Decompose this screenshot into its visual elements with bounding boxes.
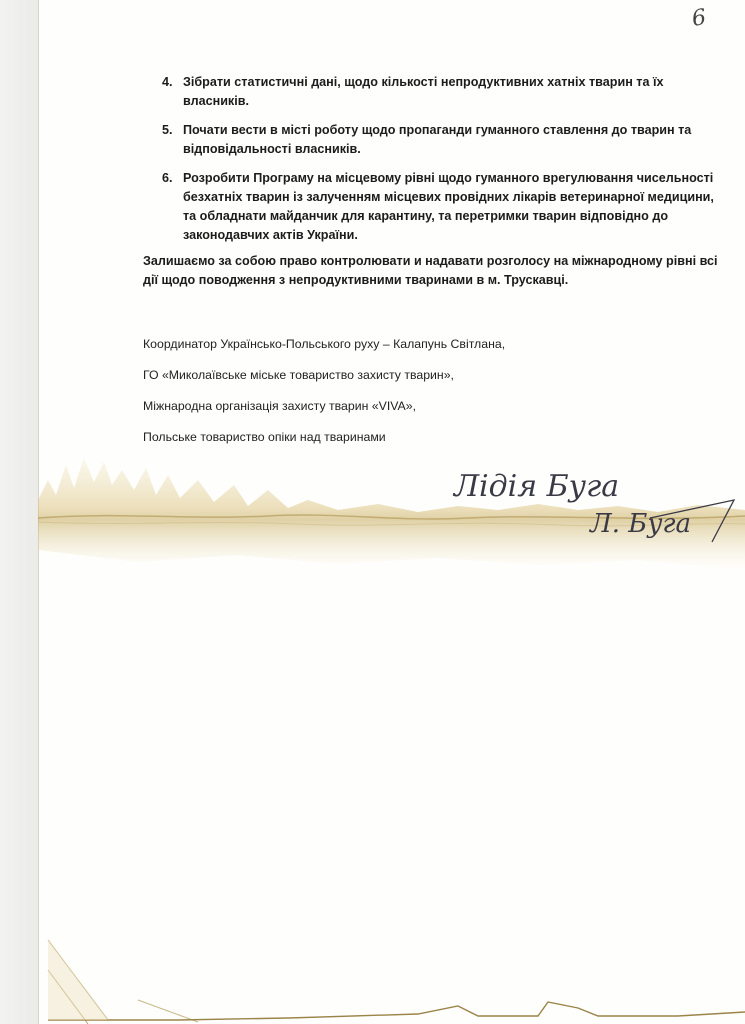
signatory-line: ГО «Миколаївське міське товариство захис…	[143, 360, 563, 391]
scan-margin	[0, 0, 38, 1024]
list-item-number: 4.	[162, 73, 183, 111]
list-item: 5. Почати вести в місті роботу щодо проп…	[162, 121, 722, 159]
signatories-block: Координатор Українсько-Польського руху –…	[143, 329, 563, 453]
list-item-text: Розробити Програму на місцевому рівні що…	[183, 169, 722, 245]
numbered-list: 4. Зібрати статистичні дані, щодо кілько…	[162, 73, 722, 255]
signature-name: Лідія Буга	[452, 469, 619, 504]
list-item-text: Почати вести в місті роботу щодо пропага…	[183, 121, 722, 159]
handwritten-signature: Лідія Буга Л. Буга	[450, 460, 740, 550]
list-item: 4. Зібрати статистичні дані, щодо кілько…	[162, 73, 722, 111]
signatory-line: Координатор Українсько-Польського руху –…	[143, 329, 563, 360]
signature-initials: Л. Буга	[588, 509, 691, 539]
list-item-text: Зібрати статистичні дані, щодо кількості…	[183, 73, 722, 111]
list-item: 6. Розробити Програму на місцевому рівні…	[162, 169, 722, 245]
list-item-number: 5.	[162, 121, 183, 159]
list-item-number: 6.	[162, 169, 183, 245]
closing-statement: Залишаємо за собою право контролювати и …	[143, 252, 723, 290]
signatory-line: Польське товариство опіки над тваринами	[143, 422, 563, 453]
signatory-line: Міжнародна організація захисту тварин «V…	[143, 391, 563, 422]
